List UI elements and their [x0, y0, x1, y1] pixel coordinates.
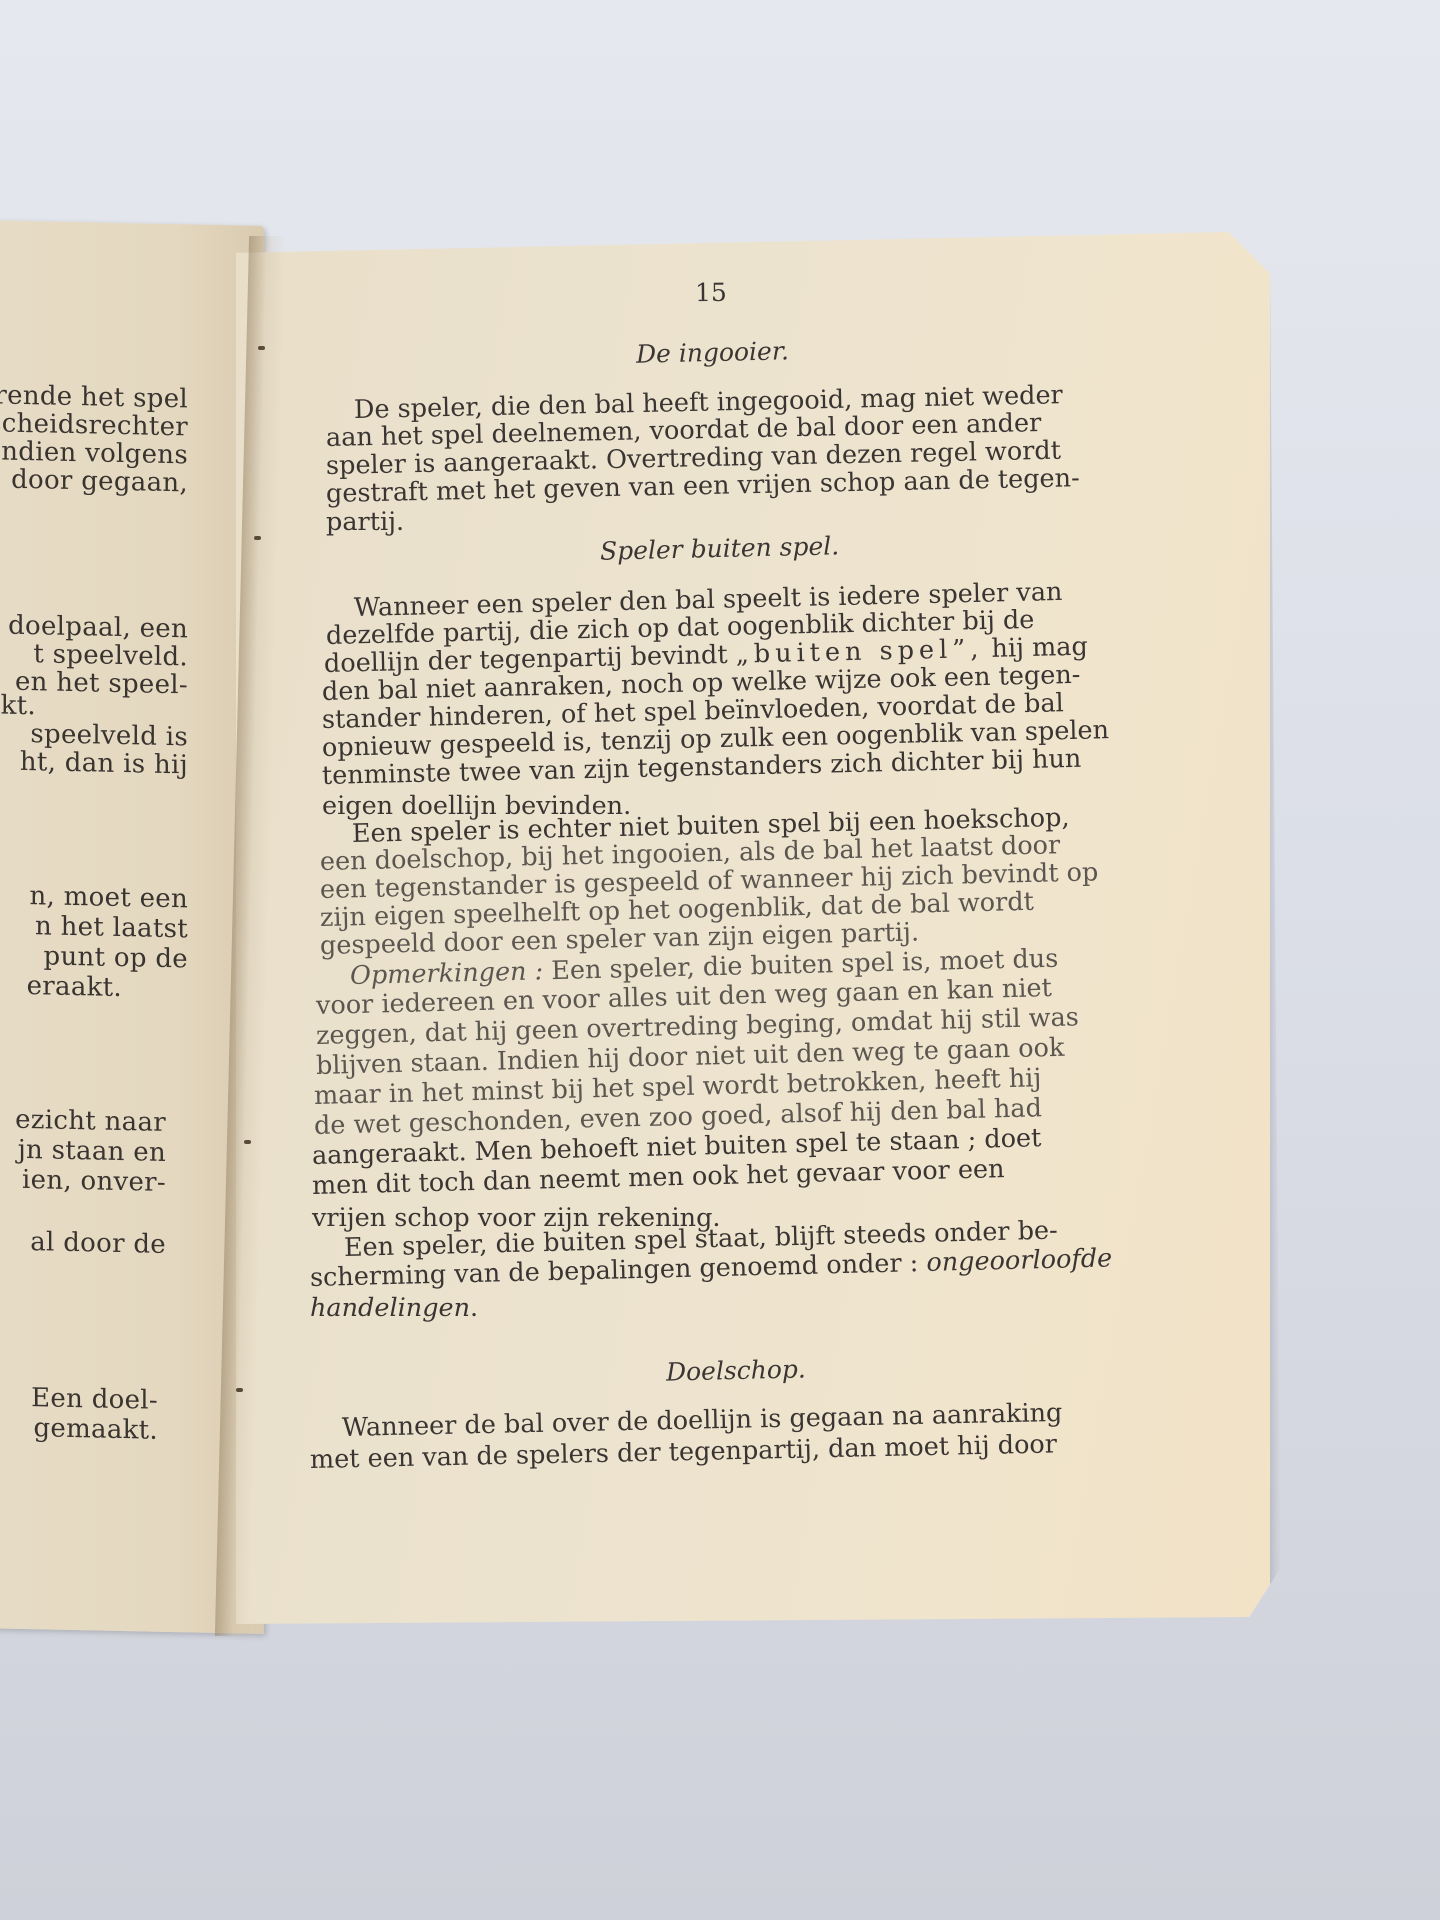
- binding-stitch-icon: [254, 536, 261, 540]
- left-page-text: ezicht naar: [15, 1105, 166, 1138]
- left-page-text: Een doel-: [31, 1383, 158, 1416]
- left-page-text: door gegaan,: [11, 465, 188, 499]
- left-page-text: ht, dan is hij: [20, 747, 188, 781]
- left-page-text: eraakt.: [27, 971, 122, 1003]
- binding-stitch-icon: [244, 1140, 251, 1144]
- section-heading-doelschop: Doelschop.: [666, 1354, 806, 1386]
- left-page-text: gemaakt.: [33, 1413, 158, 1446]
- binding-stitch-icon: [236, 1388, 243, 1392]
- page-number: 15: [695, 278, 727, 307]
- text-line: handelingen.: [310, 1294, 478, 1322]
- left-page-text: al door de: [30, 1227, 166, 1260]
- left-page-text: ien, onver-: [22, 1165, 166, 1198]
- section-heading-buiten-spel: Speler buiten spel.: [600, 531, 840, 565]
- left-page-text: en het speel-: [15, 667, 188, 701]
- left-page-text: akt.: [0, 690, 36, 721]
- section-heading-ingooier: De ingooier.: [636, 336, 790, 368]
- emphasis-handelingen: handelingen: [310, 1293, 470, 1323]
- left-page-text: punt op de: [44, 941, 188, 974]
- emphasis-ongeoorloofde: ongeoorloofde: [926, 1243, 1112, 1278]
- photo-scene: rende het spel scheidsrechter ndien volg…: [0, 0, 1440, 1920]
- text-span: .: [470, 1293, 478, 1323]
- text-line: partij.: [326, 508, 404, 536]
- left-page-text: n het laatst: [35, 911, 188, 944]
- left-page-text: n, moet een: [29, 881, 188, 914]
- left-page-text: jn staan en: [18, 1135, 166, 1168]
- binding-stitch-icon: [258, 346, 265, 350]
